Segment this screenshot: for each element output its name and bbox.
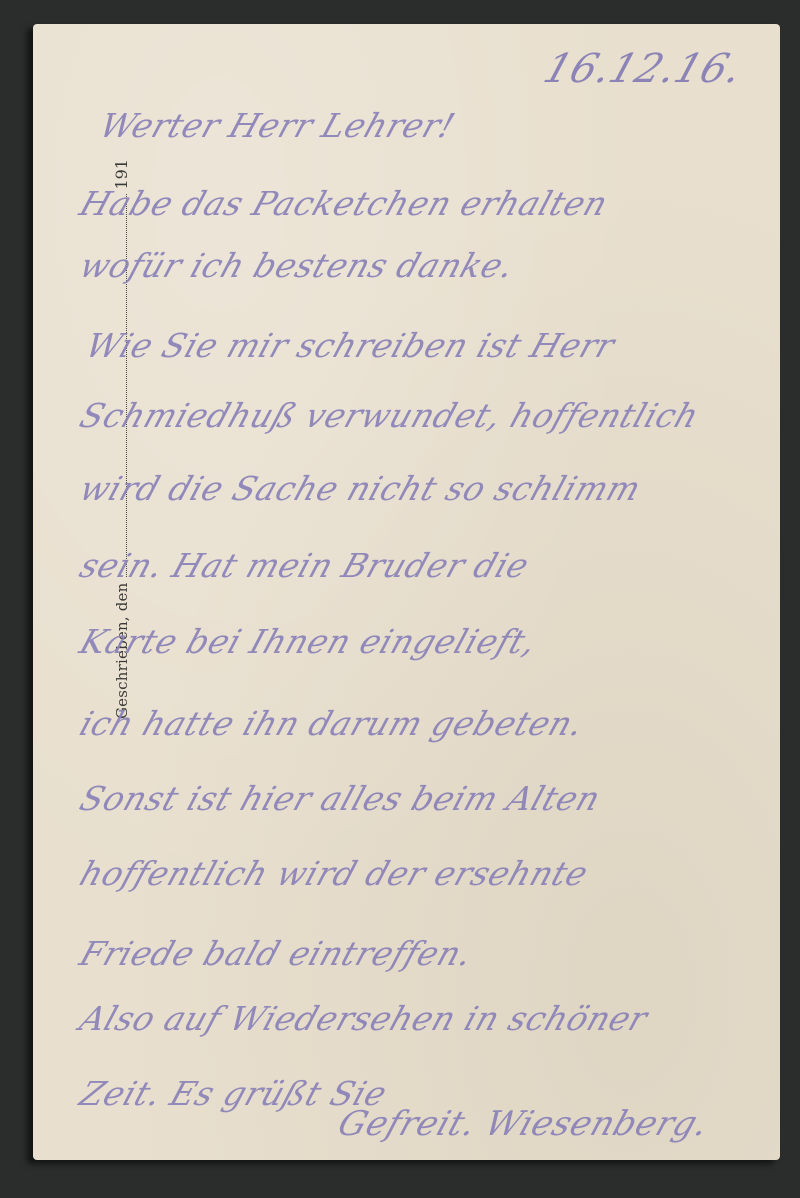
- letter-line: Sonst ist hier alles beim Alten: [75, 779, 606, 818]
- letter-line: Karte bei Ihnen eingelieft,: [75, 622, 542, 661]
- handwritten-date: 16.12.16.: [538, 46, 748, 92]
- letter-line: hoffentlich wird der ersehnte: [75, 854, 593, 893]
- letter-line: wofür ich bestens danke.: [75, 246, 519, 285]
- letter-line: Also auf Wiedersehen in schöner: [75, 999, 653, 1038]
- letter-line: sein. Hat mein Bruder die: [75, 546, 534, 585]
- salutation: Werter Herr Lehrer!: [95, 106, 460, 145]
- letter-line: ich hatte ihn darum gebeten.: [75, 704, 589, 743]
- signature: Gefreit. Wiesenberg.: [333, 1104, 714, 1144]
- letter-line: Habe das Packetchen erhalten: [75, 184, 613, 223]
- letter-line: Schmiedhuß verwundet, hoffentlich: [75, 396, 704, 435]
- postcard: Geschrieben, den 191 16.12.16. Werter He…: [33, 24, 780, 1160]
- letter-line: wird die Sache nicht so schlimm: [75, 469, 646, 508]
- letter-line: Friede bald eintreffen.: [75, 934, 478, 973]
- letter-line: Wie Sie mir schreiben ist Herr: [81, 326, 620, 365]
